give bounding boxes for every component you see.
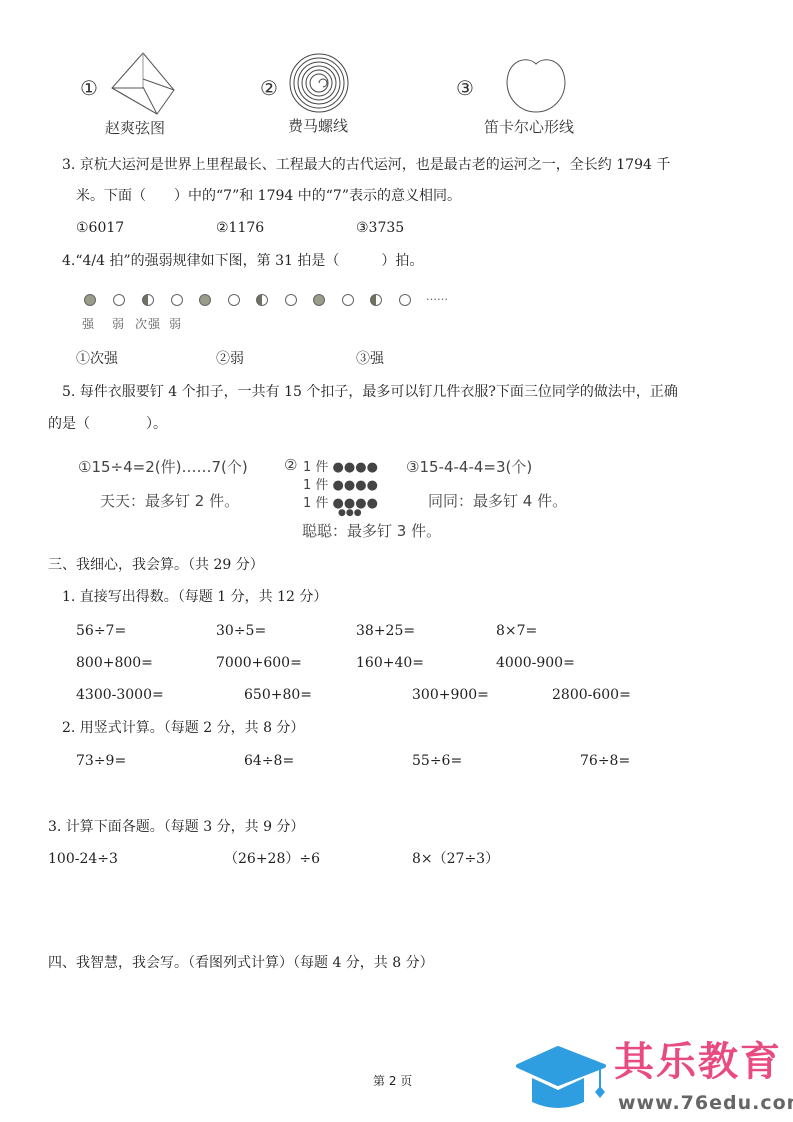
part-1-title: 1. 直接写出得数。（每题 1 分，共 12 分） [62,587,327,607]
method-3-note: 同同：最多钉 4 件。 [428,490,567,511]
mixed-calc-item: 8×（27÷3） [412,849,499,869]
figure-2-label: 费马螺线 [288,115,348,136]
vertical-calc-item: 55÷6= [412,751,462,771]
oral-calc-item: 650+80= [244,685,312,705]
method-2-marker: ② [284,456,297,474]
oral-calc-item: 8×7= [496,621,537,641]
question-5-line1: 5. 每件衣服要钉 4 个扣子，一共有 15 个扣子，最多可以钉几件衣服?下面三… [62,382,678,402]
beat-strong-icon [199,294,211,306]
oral-calc-item: 300+900= [412,685,489,705]
beat-weak-icon [285,294,297,306]
oral-calc-item: 4300-3000= [76,685,164,705]
figure-3-number: ③ [456,76,474,100]
question-4-option-1: ①次强 [76,349,118,369]
method-2-row-2: 1 件 ●●●● [303,474,378,493]
figure-1-number: ① [80,76,98,100]
question-3-option-1: ①6017 [76,218,124,238]
beat-substrong-icon [142,294,154,306]
fermat-spiral-icon [288,52,350,114]
beat-weak-icon [171,294,183,306]
beat-weak-icon [228,294,240,306]
beat-weak-icon [113,294,125,306]
section-4-title: 四、我智慧，我会写。（看图列式计算）（每题 4 分，共 8 分） [48,953,434,973]
beat-label-strong: 强 [82,315,95,332]
question-4-title: 4.“4/4 拍”的强弱规律如下图，第 31 拍是（ ）拍。 [62,251,423,271]
graduation-cap-icon [512,1042,612,1112]
beat-weak-icon [342,294,354,306]
zhao-shuang-diagram-icon [110,52,175,116]
beat-label-substrong: 次强 [135,315,161,332]
question-4-option-2: ②弱 [216,349,244,369]
method-1-formula: ①15÷4=2(件)……7(个) [78,456,248,477]
part-3-title: 3. 计算下面各题。（每题 3 分，共 9 分） [48,817,304,837]
beat-substrong-icon [370,294,382,306]
method-2-note: 聪聪：最多钉 3 件。 [302,520,441,541]
beat-strong-icon [313,294,325,306]
beat-ellipsis: …… [426,290,448,303]
question-4-option-3: ③强 [356,349,384,369]
brand-name: 其乐教育 [614,1040,782,1084]
method-3-formula: ③15-4-4-4=3(个) [406,456,532,477]
brand-url: www.76edu.com [618,1092,793,1114]
page-number: 第 2 页 [373,1072,412,1089]
method-2-remainder: ●●● [338,508,362,518]
question-3-line2: 米。下面（ ）中的“7”和 1794 中的“7”表示的意义相同。 [76,186,461,206]
figure-3-label: 笛卡尔心形线 [484,116,574,137]
section-3-title: 三、我细心，我会算。（共 29 分） [48,555,264,575]
vertical-calc-item: 76÷8= [580,751,630,771]
vertical-calc-item: 64÷8= [244,751,294,771]
question-5-line2: 的是（ ）。 [48,414,167,434]
question-3-option-2: ②1176 [216,218,264,238]
beat-strong-icon [84,294,96,306]
method-1-note: 天天：最多钉 2 件。 [100,490,239,511]
figure-1-label: 赵爽弦图 [105,117,165,138]
part-2-title: 2. 用竖式计算。（每题 2 分，共 8 分） [62,718,304,738]
figure-2-number: ② [260,76,278,100]
beat-label-weak: 弱 [169,315,182,332]
oral-calc-item: 7000+600= [216,653,302,673]
oral-calc-item: 38+25= [356,621,415,641]
cardioid-icon [505,56,567,114]
oral-calc-item: 800+800= [76,653,153,673]
oral-calc-item: 4000-900= [496,653,575,673]
vertical-calc-item: 73÷9= [76,751,126,771]
oral-calc-item: 160+40= [356,653,424,673]
oral-calc-item: 56÷7= [76,621,126,641]
beat-weak-icon [399,294,411,306]
method-2-row-1: 1 件 ●●●● [303,456,378,475]
oral-calc-item: 30÷5= [216,621,266,641]
mixed-calc-item: 100-24÷3 [48,849,118,869]
beat-label-weak: 弱 [112,315,125,332]
beat-substrong-icon [256,294,268,306]
mixed-calc-item: （26+28）÷6 [224,849,320,869]
question-3-option-3: ③3735 [356,218,404,238]
question-3-line1: 3. 京杭大运河是世界上里程最长、工程最大的古代运河，也是最古老的运河之一，全长… [62,155,670,175]
oral-calc-item: 2800-600= [552,685,631,705]
